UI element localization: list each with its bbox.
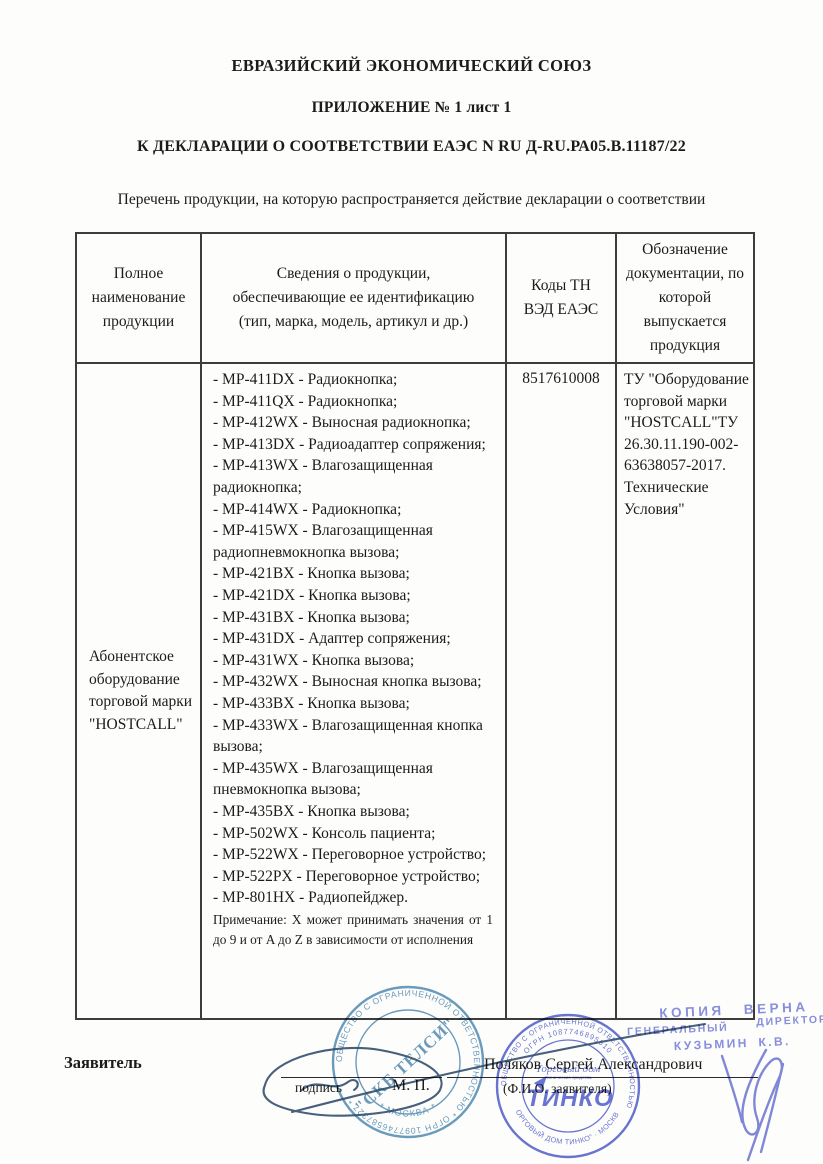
applicant-fio-value: Поляков Сергей Александрович <box>484 1056 702 1074</box>
appendix-title: ПРИЛОЖЕНИЕ № 1 лист 1 <box>0 99 823 117</box>
copy-verna-role-word1: ГЕНЕРАЛЬНЫЙ <box>627 1022 729 1038</box>
fio-line <box>447 1077 758 1078</box>
tnved-code-cell: 8517610008 <box>506 363 616 1019</box>
documentation-cell: ТУ "Оборудование торговой марки "HOSTCAL… <box>616 363 754 1019</box>
svg-text:* МОСКВА *: * МОСКВА * <box>377 1101 438 1119</box>
tinko-ogrn-text: ОГРН 1087746895510 <box>522 1027 615 1055</box>
product-models-list: - MP-411DX - Радиокнопка; - MP-411QX - Р… <box>213 369 493 909</box>
products-list-subtitle: Перечень продукции, на которую распростр… <box>0 191 823 209</box>
product-name-cell: Абонентское оборудование торговой марки … <box>76 363 201 1019</box>
product-details-cell: - MP-411DX - Радиокнопка; - MP-411QX - Р… <box>201 363 506 1019</box>
applicant-label: Заявитель <box>64 1053 142 1073</box>
union-title: ЕВРАЗИЙСКИЙ ЭКОНОМИЧЕСКИЙ СОЮЗ <box>0 56 823 76</box>
declaration-number-title: К ДЕКЛАРАЦИИ О СООТВЕТСТВИИ ЕАЭС N RU Д-… <box>0 138 823 156</box>
document-page: ЕВРАЗИЙСКИЙ ЭКОНОМИЧЕСКИЙ СОЮЗ ПРИЛОЖЕНИ… <box>0 0 823 1164</box>
telsi-city-text: * МОСКВА * <box>377 1101 438 1119</box>
seal-place-label: М. П. <box>392 1077 430 1095</box>
table-row: Абонентское оборудование торговой марки … <box>76 363 754 1019</box>
products-table: Полное наименование продукции Сведения о… <box>75 232 755 1020</box>
header-cell-documentation: Обозначение документации, по которой вып… <box>616 233 754 363</box>
copy-verna-role-word2: ДИРЕКТОР <box>756 1013 823 1032</box>
signature-scribble-2 <box>722 1050 783 1160</box>
header-cell-tnved-code: Коды ТН ВЭД ЕАЭС <box>506 233 616 363</box>
product-note: Примечание: X может принимать значения о… <box>213 910 493 951</box>
fio-caption: (Ф.И.О. заявителя) <box>503 1081 612 1097</box>
copy-verna-person: КУЗЬМИН К.В. <box>673 1033 817 1053</box>
header-cell-product-name: Полное наименование продукции <box>76 233 201 363</box>
telsi-center-text: "СКБ ТЕЛСИ" <box>351 1013 459 1116</box>
svg-text:ОГРН 1087746895510: ОГРН 1087746895510 <box>522 1027 615 1055</box>
table-header-row: Полное наименование продукции Сведения о… <box>76 233 754 363</box>
signature-caption: подпись <box>295 1080 342 1096</box>
copy-verna-stamp: КОПИЯ ВЕРНА ГЕНЕРАЛЬНЫЙ ДИРЕКТОР КУЗЬМИН… <box>626 999 818 1055</box>
header-cell-product-details: Сведения о продукции, обеспечивающие ее … <box>201 233 506 363</box>
